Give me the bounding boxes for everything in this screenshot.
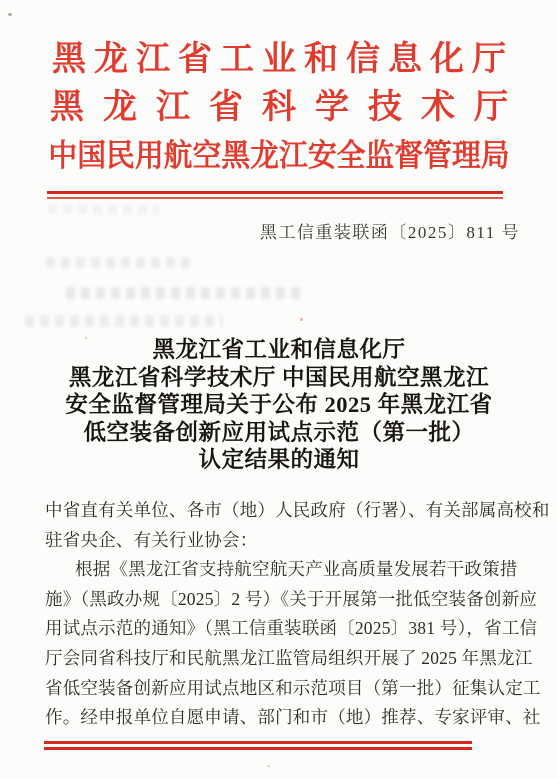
scan-speck bbox=[85, 337, 87, 339]
body-line-paragraph-start: 根据《黑龙江省支持航空航天产业高质量发展若干政策措 bbox=[45, 555, 521, 585]
scan-speck bbox=[267, 765, 270, 767]
letterhead-separator-rule bbox=[47, 191, 503, 199]
bleedthrough-artifact bbox=[48, 205, 160, 214]
page-bottom-rule bbox=[44, 741, 472, 750]
notice-body: 中省直有关单位、各市（地）人民政府（行署）、有关部属高校和 驻省央企、有关行业协… bbox=[45, 496, 521, 733]
title-line-2: 黑龙江省科学技术厅 中国民用航空黑龙江 bbox=[0, 364, 558, 392]
body-line: 施》（黑政办规〔2025〕2 号）《关于开展第一批低空装备创新应 bbox=[45, 585, 521, 615]
document-number: 黑工信重装联函〔2025〕811 号 bbox=[260, 218, 520, 243]
body-line: 用试点示范的通知》（黑工信重装联函〔2025〕381 号），省工信 bbox=[45, 614, 521, 644]
body-line: 作。经申报单位自愿申请、部门和市（地）推荐、专家评审、社 bbox=[45, 703, 521, 733]
scan-speck bbox=[8, 13, 12, 16]
notice-title: 黑龙江省工业和信息化厅 黑龙江省科学技术厅 中国民用航空黑龙江 安全监督管理局关… bbox=[0, 336, 558, 474]
bleedthrough-artifact bbox=[46, 257, 196, 268]
letterhead: 黑龙江省工业和信息化厅 黑龙江省科学技术厅 中国民用航空黑龙江安全监督管理局 bbox=[0, 36, 558, 180]
title-line-4: 低空装备创新应用试点示范（第一批） bbox=[0, 419, 558, 447]
document-page: 黑龙江省工业和信息化厅 黑龙江省科学技术厅 中国民用航空黑龙江安全监督管理局 黑… bbox=[0, 0, 558, 778]
agency-name-line-1: 黑龙江省工业和信息化厅 bbox=[0, 36, 558, 84]
title-line-5: 认定结果的通知 bbox=[0, 446, 558, 474]
body-line-salutation-1: 中省直有关单位、各市（地）人民政府（行署）、有关部属高校和 bbox=[45, 496, 521, 526]
agency-name-line-2: 黑龙江省科学技术厅 bbox=[0, 84, 558, 132]
bleedthrough-artifact bbox=[25, 315, 223, 327]
agency-name-line-3: 中国民用航空黑龙江安全监督管理局 bbox=[20, 132, 539, 180]
body-line-salutation-2: 驻省央企、有关行业协会： bbox=[45, 526, 521, 556]
body-line: 省低空装备创新应用试点地区和示范项目（第一批）征集认定工 bbox=[45, 674, 521, 704]
bleedthrough-artifact bbox=[66, 287, 304, 299]
scan-speck bbox=[300, 318, 303, 321]
title-line-3: 安全监督管理局关于公布 2025 年黑龙江省 bbox=[0, 391, 558, 419]
title-line-1: 黑龙江省工业和信息化厅 bbox=[0, 336, 558, 364]
body-line: 厅会同省科技厅和民航黑龙江监管局组织开展了 2025 年黑龙江 bbox=[45, 644, 521, 674]
